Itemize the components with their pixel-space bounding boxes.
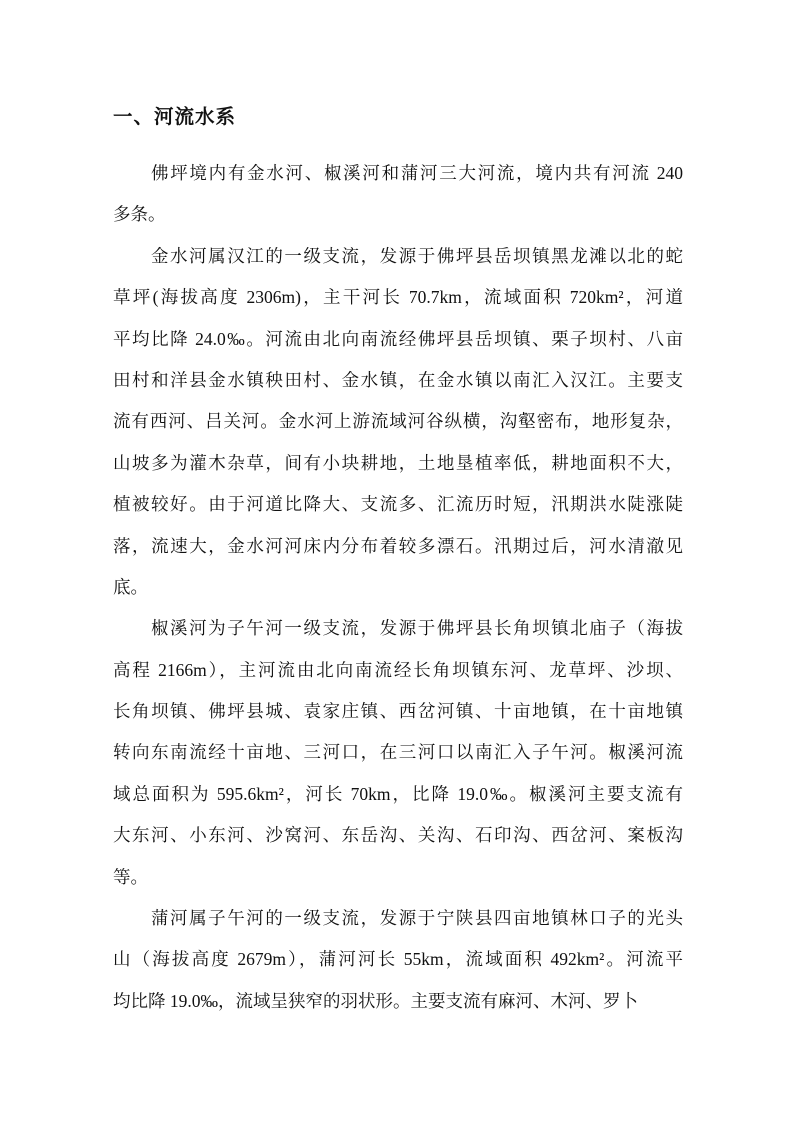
text-line: 均比降 19.0‰，流域呈狭窄的羽状形。主要支流有麻河、木河、罗卜 <box>113 981 683 1022</box>
text-line: 山（海拔高度 2679m），蒲河河长 55km，流域面积 492km²。河流平 <box>113 939 683 980</box>
text-line: 山坡多为灌木杂草，间有小块耕地，土地垦植率低，耕地面积不大， <box>113 443 683 484</box>
text-line: 椒溪河为子午河一级支流，发源于佛坪县长角坝镇北庙子（海拔 <box>113 608 683 649</box>
text-line: 等。 <box>113 857 683 898</box>
paragraph: 蒲河属子午河的一级支流，发源于宁陕县四亩地镇林口子的光头山（海拔高度 2679m… <box>113 898 683 1022</box>
text-line: 长角坝镇、佛坪县城、袁家庄镇、西岔河镇、十亩地镇，在十亩地镇 <box>113 691 683 732</box>
paragraph: 佛坪境内有金水河、椒溪河和蒲河三大河流，境内共有河流 240多条。 <box>113 153 683 236</box>
text-line: 大东河、小东河、沙窝河、东岳沟、关沟、石印沟、西岔河、案板沟 <box>113 815 683 856</box>
text-line: 高程 2166m），主河流由北向南流经长角坝镇东河、龙草坪、沙坝、 <box>113 650 683 691</box>
text-line: 金水河属汉江的一级支流，发源于佛坪县岳坝镇黑龙滩以北的蛇 <box>113 236 683 277</box>
text-line: 底。 <box>113 567 683 608</box>
text-line: 平均比降 24.0‰。河流由北向南流经佛坪县岳坝镇、栗子坝村、八亩 <box>113 319 683 360</box>
paragraph: 椒溪河为子午河一级支流，发源于佛坪县长角坝镇北庙子（海拔高程 2166m），主河… <box>113 608 683 898</box>
document-body: 佛坪境内有金水河、椒溪河和蒲河三大河流，境内共有河流 240多条。金水河属汉江的… <box>113 153 683 1022</box>
text-line: 佛坪境内有金水河、椒溪河和蒲河三大河流，境内共有河流 240 <box>113 153 683 194</box>
text-line: 多条。 <box>113 194 683 235</box>
document-content: 一、河流水系 佛坪境内有金水河、椒溪河和蒲河三大河流，境内共有河流 240多条。… <box>113 104 683 1022</box>
section-heading: 一、河流水系 <box>113 104 683 132</box>
text-line: 流有西河、吕关河。金水河上游流域河谷纵横，沟壑密布，地形复杂， <box>113 401 683 442</box>
text-line: 落，流速大，金水河河床内分布着较多漂石。汛期过后，河水清澈见 <box>113 526 683 567</box>
paragraph: 金水河属汉江的一级支流，发源于佛坪县岳坝镇黑龙滩以北的蛇草坪(海拔高度 2306… <box>113 236 683 609</box>
text-line: 域总面积为 595.6km²，河长 70km，比降 19.0‰。椒溪河主要支流有 <box>113 774 683 815</box>
text-line: 转向东南流经十亩地、三河口，在三河口以南汇入子午河。椒溪河流 <box>113 732 683 773</box>
text-line: 蒲河属子午河的一级支流，发源于宁陕县四亩地镇林口子的光头 <box>113 898 683 939</box>
text-line: 植被较好。由于河道比降大、支流多、汇流历时短，汛期洪水陡涨陡 <box>113 484 683 525</box>
document-page: 一、河流水系 佛坪境内有金水河、椒溪河和蒲河三大河流，境内共有河流 240多条。… <box>0 0 793 1122</box>
text-line: 草坪(海拔高度 2306m)，主干河长 70.7km，流域面积 720km²，河… <box>113 277 683 318</box>
text-line: 田村和洋县金水镇秧田村、金水镇，在金水镇以南汇入汉江。主要支 <box>113 360 683 401</box>
